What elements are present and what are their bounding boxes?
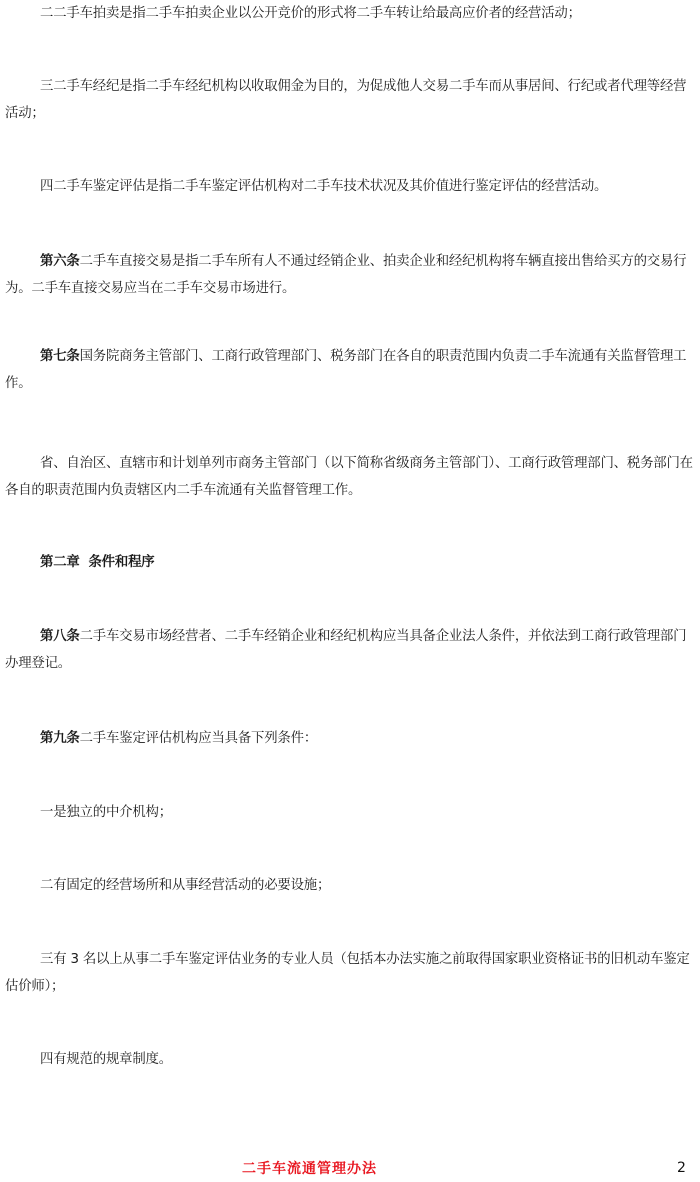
paragraph-text: 二二手车拍卖是指二手车拍卖企业以公开竞价的形式将二手车转让给最高应价者的经营活动…: [40, 6, 581, 21]
paragraph-text: 四有规范的规章制度。: [40, 1052, 172, 1067]
article-label: 第九条: [40, 731, 80, 746]
paragraph-text: 四二手车鉴定评估是指二手车鉴定评估机构对二手车技术状况及其价值进行鉴定评估的经营…: [40, 179, 607, 194]
paragraph-auction-definition: 二二手车拍卖是指二手车拍卖企业以公开竞价的形式将二手车转让给最高应价者的经营活动…: [5, 0, 693, 27]
paragraph-appraisal-definition: 四二手车鉴定评估是指二手车鉴定评估机构对二手车技术状况及其价值进行鉴定评估的经营…: [5, 173, 693, 200]
chapter-title: 第二章 条件和程序: [40, 555, 154, 570]
paragraph-article-7: 第七条国务院商务主管部门、工商行政管理部门、税务部门在各自的职责范围内负责二手车…: [5, 343, 693, 397]
paragraph-article-8: 第八条二手车交易市场经营者、二手车经销企业和经纪机构应当具备企业法人条件，并依法…: [5, 623, 693, 677]
article-label: 第八条: [40, 629, 80, 644]
chapter-heading: 第二章 条件和程序: [5, 549, 693, 576]
paragraph-broker-definition: 三二手车经纪是指二手车经纪机构以收取佣金为目的，为促成他人交易二手车而从事居间、…: [5, 73, 693, 127]
paragraph-article-9: 第九条二手车鉴定评估机构应当具备下列条件：: [5, 725, 693, 752]
condition-item-3: 三有 3 名以上从事二手车鉴定评估业务的专业人员（包括本办法实施之前取得国家职业…: [5, 946, 693, 1000]
condition-item-2: 二有固定的经营场所和从事经营活动的必要设施；: [5, 872, 693, 899]
article-label: 第七条: [40, 349, 80, 364]
condition-item-1: 一是独立的中介机构；: [5, 799, 693, 826]
paragraph-text: 一是独立的中介机构；: [40, 805, 172, 820]
paragraph-text: 二手车直接交易是指二手车所有人不通过经销企业、拍卖企业和经纪机构将车辆直接出售给…: [5, 254, 686, 296]
paragraph-text: 省、自治区、直辖市和计划单列市商务主管部门（以下简称省级商务主管部门）、工商行政…: [5, 456, 693, 498]
paragraph-text: 二有固定的经营场所和从事经营活动的必要设施；: [40, 878, 330, 893]
paragraph-text: 三二手车经纪是指二手车经纪机构以收取佣金为目的，为促成他人交易二手车而从事居间、…: [5, 79, 686, 121]
footer-document-title: 二手车流通管理办法: [242, 1158, 377, 1178]
article-label: 第六条: [40, 254, 80, 269]
paragraph-text: 国务院商务主管部门、工商行政管理部门、税务部门在各自的职责范围内负责二手车流通有…: [5, 349, 686, 391]
paragraph-text: 二手车鉴定评估机构应当具备下列条件：: [80, 731, 317, 746]
document-page: 二二手车拍卖是指二手车拍卖企业以公开竞价的形式将二手车转让给最高应价者的经营活动…: [0, 0, 700, 1182]
page-number: 2: [677, 1160, 686, 1176]
paragraph-text: 三有 3 名以上从事二手车鉴定评估业务的专业人员（包括本办法实施之前取得国家职业…: [5, 952, 690, 994]
paragraph-text: 二手车交易市场经营者、二手车经销企业和经纪机构应当具备企业法人条件，并依法到工商…: [5, 629, 686, 671]
condition-item-4: 四有规范的规章制度。: [5, 1046, 693, 1073]
paragraph-provincial-authorities: 省、自治区、直辖市和计划单列市商务主管部门（以下简称省级商务主管部门）、工商行政…: [5, 450, 693, 504]
paragraph-article-6: 第六条二手车直接交易是指二手车所有人不通过经销企业、拍卖企业和经纪机构将车辆直接…: [5, 248, 693, 302]
